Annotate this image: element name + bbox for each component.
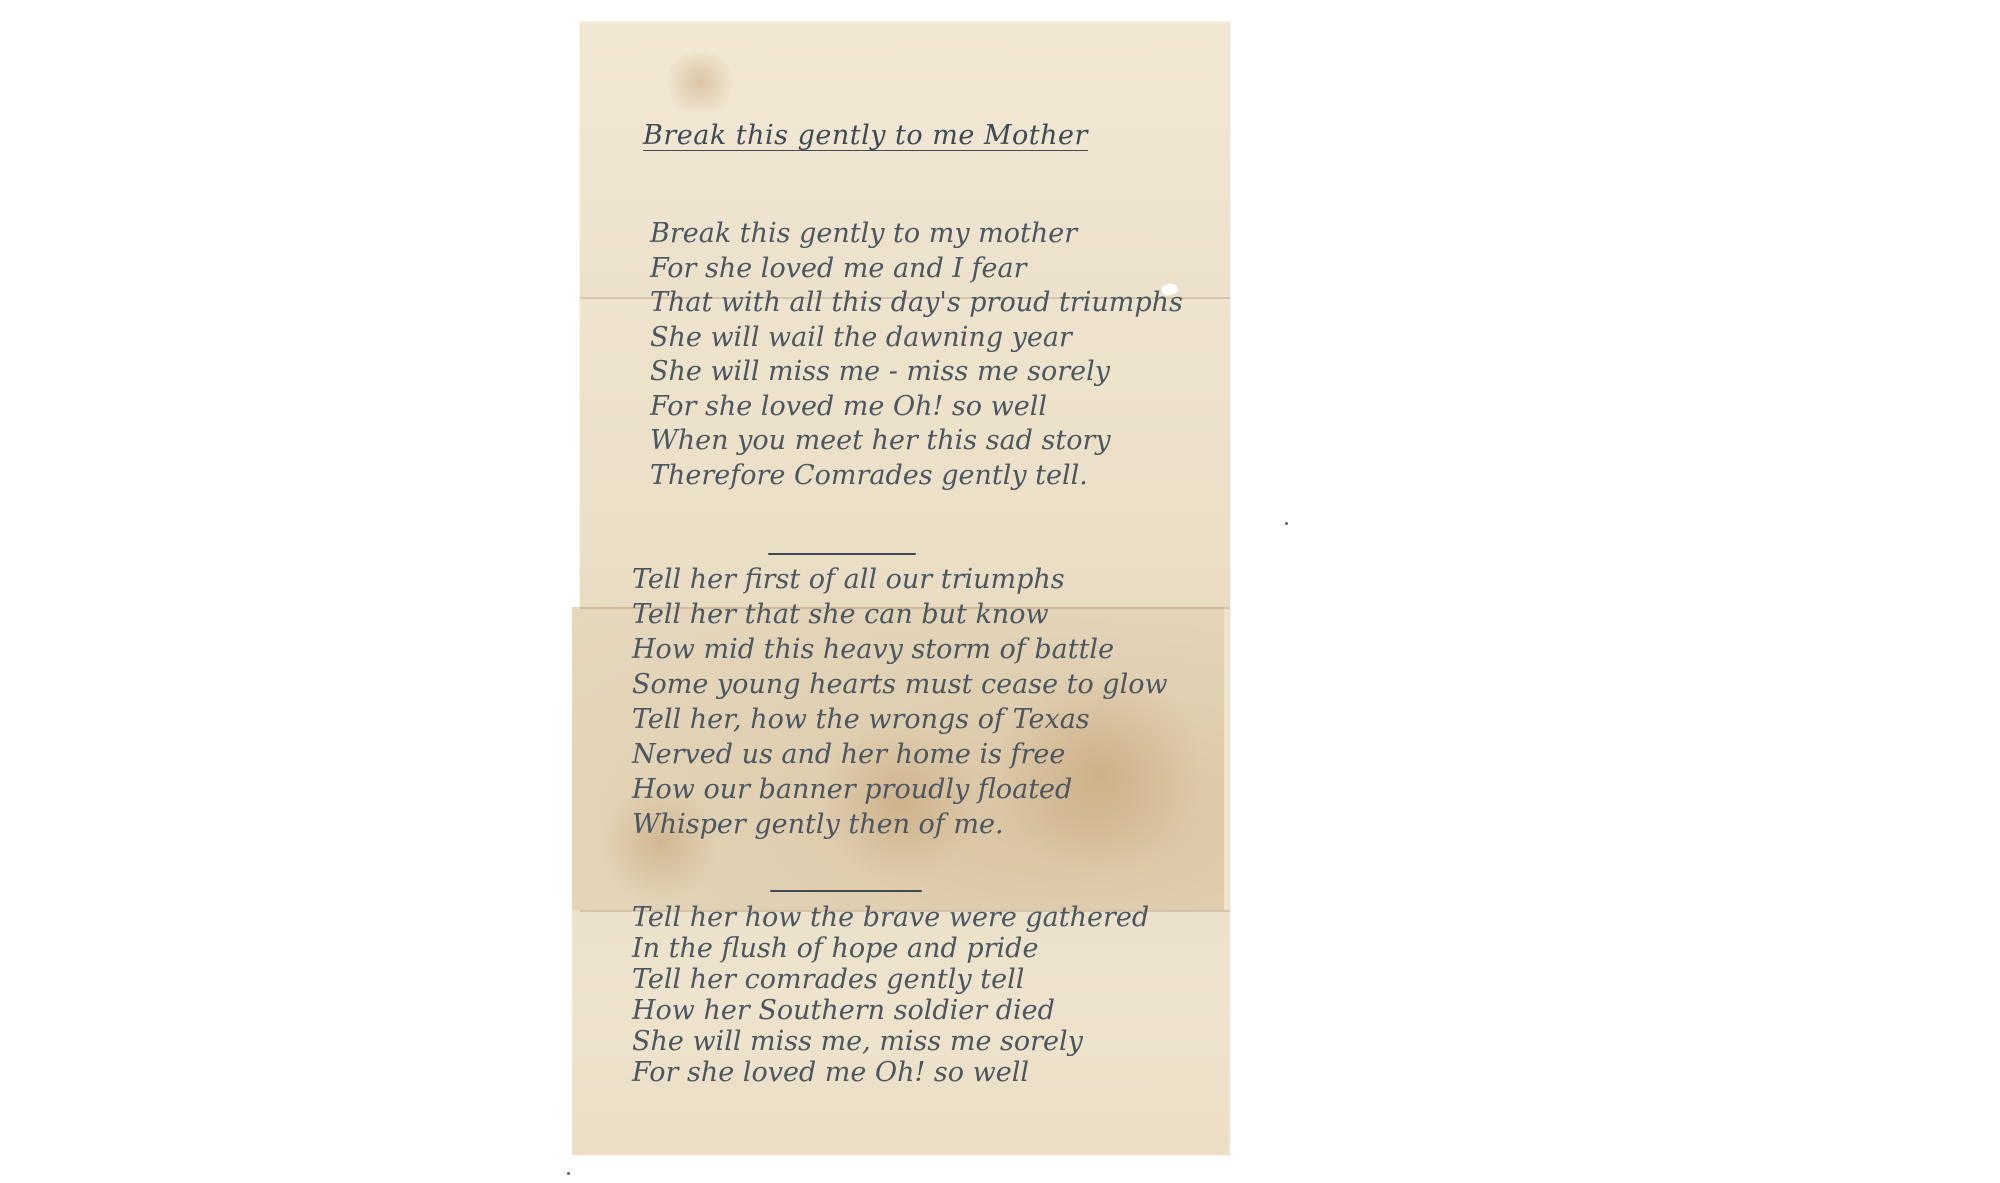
poem-line: Tell her that she can but know [632, 597, 1168, 632]
stanza-divider [770, 890, 922, 892]
poem-line: That with all this day's proud triumphs [650, 286, 1183, 321]
stanza-2: Tell her first of all our triumphs Tell … [632, 562, 1168, 842]
poem-line: When you meet her this sad story [650, 424, 1183, 459]
poem-line: How our banner proudly floated [632, 772, 1168, 807]
poem-line: Tell her how the brave were gathered [632, 902, 1149, 933]
poem-line: How her Southern soldier died [632, 995, 1149, 1026]
poem-line: Break this gently to my mother [650, 217, 1183, 252]
poem-line: Tell her first of all our triumphs [632, 562, 1168, 597]
poem-line: Tell her comrades gently tell [632, 964, 1149, 995]
poem-line: Some young hearts must cease to glow [632, 667, 1168, 702]
poem: Break this gently to me Mother Break thi… [580, 22, 1230, 1155]
poem-line: For she loved me Oh! so well [650, 390, 1183, 425]
poem-title: Break this gently to me Mother [643, 120, 1088, 151]
poem-line: Therefore Comrades gently tell. [650, 459, 1183, 494]
dust-speck [567, 1172, 570, 1175]
poem-line: How mid this heavy storm of battle [632, 632, 1168, 667]
poem-line: For she loved me Oh! so well [632, 1057, 1149, 1088]
poem-line: Whisper gently then of me. [632, 807, 1168, 842]
poem-line: She will miss me, miss me sorely [632, 1026, 1149, 1057]
stanza-1: Break this gently to my mother For she l… [650, 217, 1183, 493]
poem-line: For she loved me and I fear [650, 252, 1183, 287]
stanza-divider [768, 553, 916, 555]
stanza-3: Tell her how the brave were gathered In … [632, 902, 1149, 1088]
poem-line: She will wail the dawning year [650, 321, 1183, 356]
poem-line: In the flush of hope and pride [632, 933, 1149, 964]
manuscript-sheet: Break this gently to me Mother Break thi… [580, 22, 1230, 1155]
poem-line: Nerved us and her home is free [632, 737, 1168, 772]
dust-speck [1285, 522, 1288, 525]
poem-line: Tell her, how the wrongs of Texas [632, 702, 1168, 737]
poem-line: She will miss me - miss me sorely [650, 355, 1183, 390]
